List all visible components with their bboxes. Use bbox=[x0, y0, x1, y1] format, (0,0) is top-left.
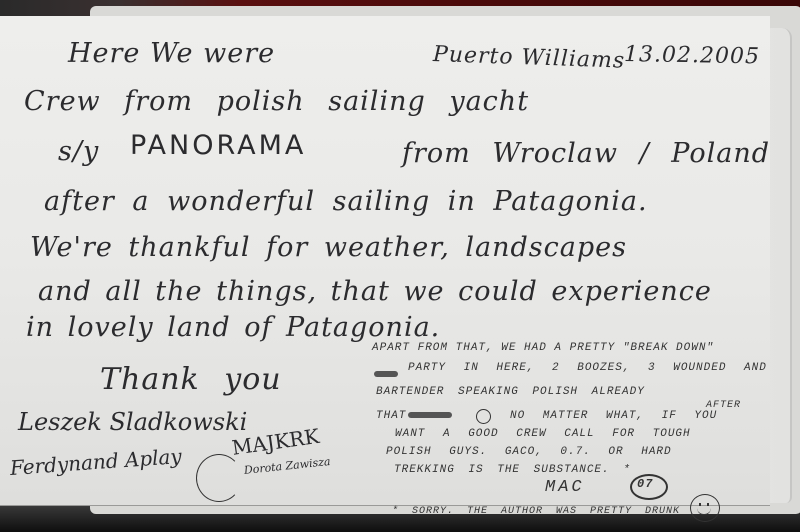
postscript-note: AFTER bbox=[706, 400, 741, 411]
yacht-name: PANORAMA bbox=[130, 130, 306, 161]
postscript-line: NO MATTER WHAT, IF YOU bbox=[510, 410, 717, 422]
signature: Dorota Zawisza bbox=[243, 455, 331, 477]
header-date: 13.02.2005 bbox=[624, 42, 760, 69]
message-line: Here We were bbox=[68, 38, 275, 69]
signature: Ferdynand Aplay bbox=[9, 444, 182, 480]
message-line: We're thankful for weather, landscapes bbox=[30, 232, 627, 263]
postscript-line: APART FROM THAT, WE HAD A PRETTY "BREAK … bbox=[372, 342, 714, 354]
scribbled-out-word bbox=[374, 371, 398, 377]
signature-badge: 07 bbox=[637, 477, 653, 491]
postscript-line: PARTY IN HERE, 2 BOOZES, 3 WOUNDED AND bbox=[408, 362, 767, 374]
signature: Leszek Sladkowski bbox=[18, 408, 247, 436]
smiley-face-icon bbox=[690, 494, 720, 522]
postscript-line: WANT A GOOD CREW CALL FOR TOUGH bbox=[395, 428, 691, 440]
message-line: s/y bbox=[58, 136, 99, 167]
postscript-line: THAT bbox=[376, 410, 406, 422]
postscript-footnote: * SORRY. THE AUTHOR WAS PRETTY DRUNK bbox=[392, 506, 680, 517]
message-line: from Wroclaw / Poland bbox=[402, 138, 770, 169]
header-place: Puerto Williams bbox=[433, 42, 626, 74]
message-line: in lovely land of Patagonia. bbox=[26, 312, 440, 343]
smiley-icon bbox=[476, 409, 491, 424]
thank-you: Thank you bbox=[100, 362, 282, 397]
postscript-line: POLISH GUYS. GACO, 0.7. OR HARD bbox=[386, 446, 672, 458]
postscript-line: BARTENDER SPEAKING POLISH ALREADY bbox=[376, 386, 645, 398]
message-line: Crew from polish sailing yacht bbox=[24, 86, 529, 117]
message-line: after a wonderful sailing in Patagonia. bbox=[44, 186, 648, 217]
signature-flourish bbox=[196, 454, 242, 502]
postscript-line: TREKKING IS THE SUBSTANCE. * bbox=[394, 464, 631, 476]
scribbled-out-word bbox=[408, 412, 452, 418]
guestbook-page: Puerto Williams 13.02.2005 Here We were … bbox=[0, 16, 770, 506]
postscript-signature: MAC bbox=[545, 478, 585, 497]
message-line: and all the things, that we could experi… bbox=[38, 276, 712, 307]
